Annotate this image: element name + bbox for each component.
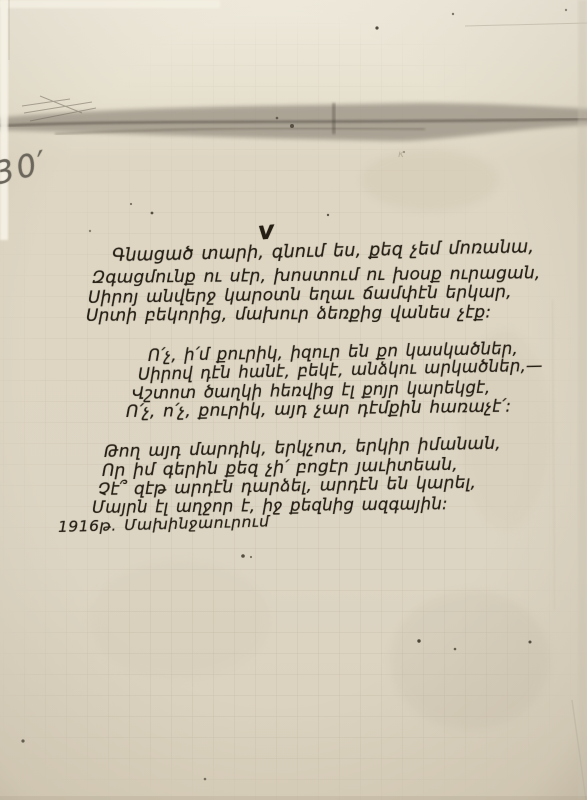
manuscript-photo: κ 30′ v Գնացած տարի, գնում ես, քեզ չեմ մ… <box>0 0 587 800</box>
svg-text:κ: κ <box>398 149 404 160</box>
section-mark: v <box>257 215 276 246</box>
handwritten-line: Մայրն էլ աղջոր է, իջ քեզնից ազգային: <box>92 494 448 517</box>
handwritten-line: Սրտի բեկորից, մախուր ձեռքից վանես չէք: <box>86 302 491 326</box>
